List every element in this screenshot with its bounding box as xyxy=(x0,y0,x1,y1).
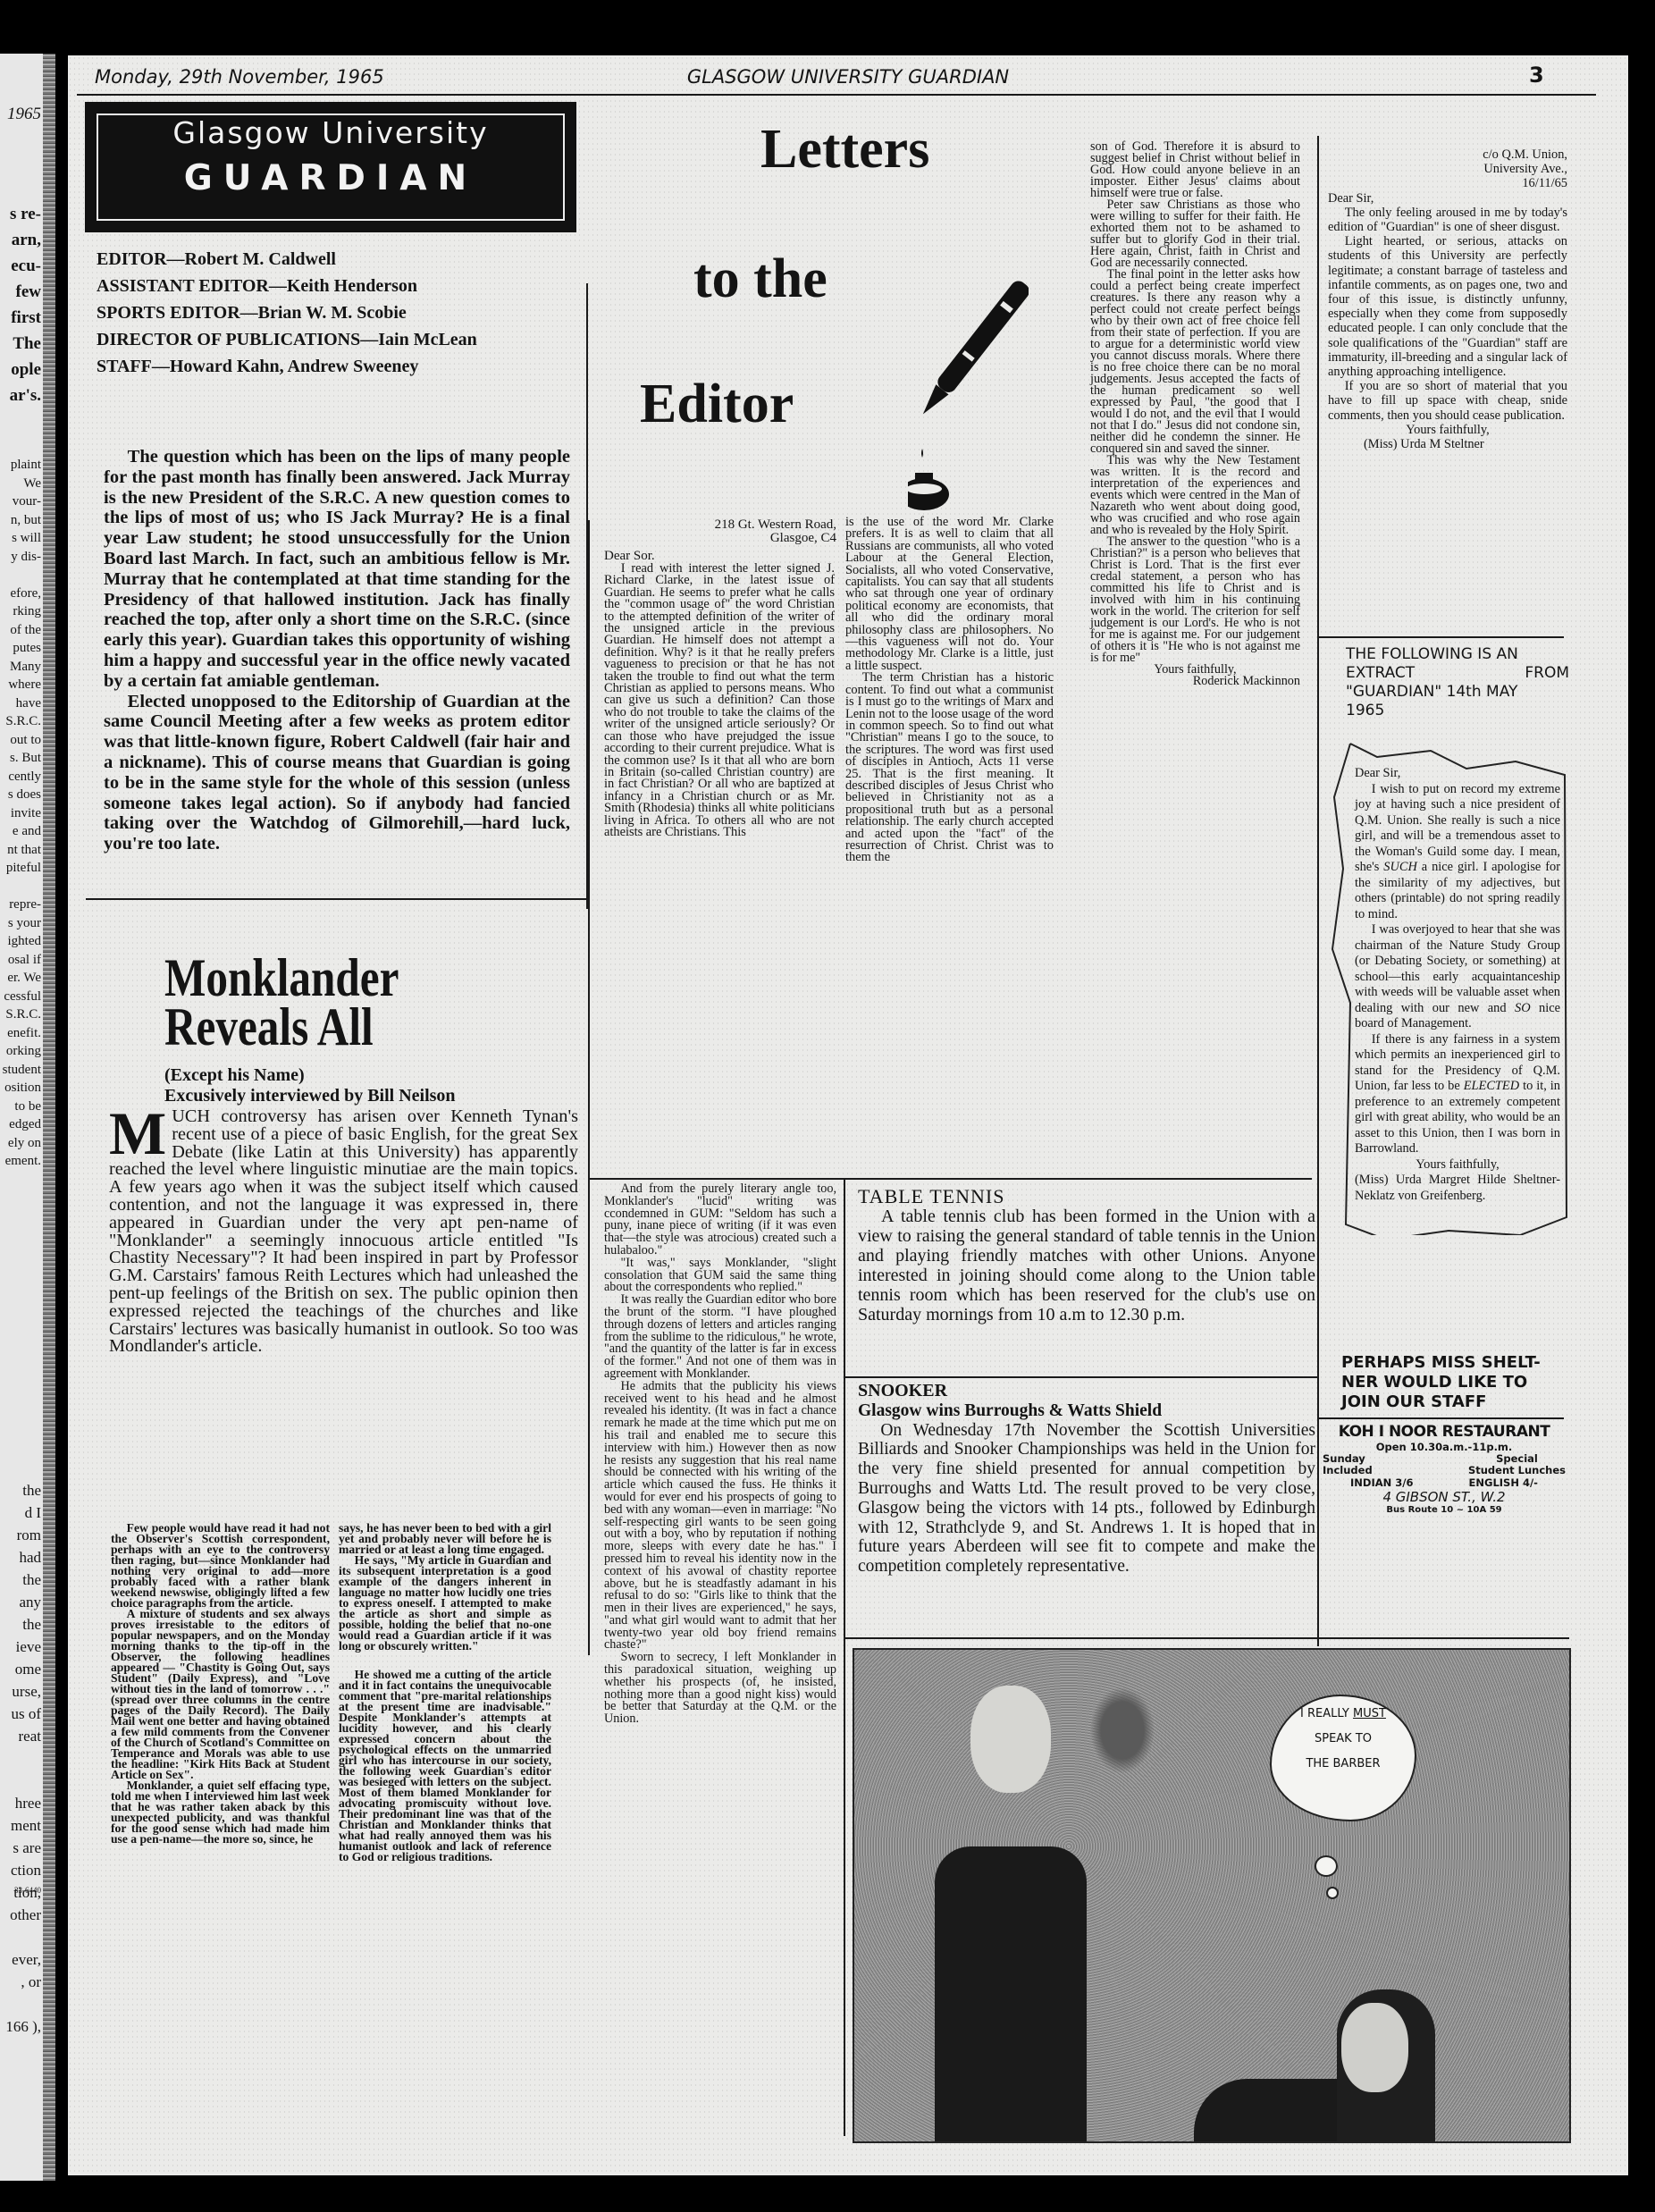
snooker-heading: SNOOKER xyxy=(858,1382,1315,1401)
pen-inkwell-icon xyxy=(908,274,1029,520)
masthead: Glasgow University GUARDIAN xyxy=(85,102,576,232)
letters-heading-line2: to the xyxy=(693,248,827,311)
column-rule xyxy=(1317,136,1319,1646)
staff-assistant-editor: ASSISTANT EDITOR—Keith Henderson xyxy=(97,273,597,299)
section-rule xyxy=(86,898,588,900)
thought-bubble-dot xyxy=(1326,1887,1339,1899)
seated-man-face xyxy=(1341,2003,1408,2092)
prev-page-code: 33-6440 xyxy=(14,1881,41,1900)
advert-address: 4 GIBSON ST., W.2 xyxy=(1323,1489,1566,1505)
drop-cap: M xyxy=(109,1110,166,1156)
letter1-col3: son of God. Therefore it is absurd to su… xyxy=(1090,141,1300,687)
letter2-signature: (Miss) Urda M Steltner xyxy=(1328,437,1567,451)
table-tennis-article: TABLE TENNIS A table tennis club has bee… xyxy=(858,1187,1315,1325)
prev-page-text-b: plaint We vour- n, but s will y dis- efo… xyxy=(3,456,41,1171)
newspaper-page: Monday, 29th November, 1965 GLASGOW UNIV… xyxy=(68,55,1628,2175)
masthead-line1: Glasgow University xyxy=(88,115,574,150)
prev-page-text-c: the d I rom had the any the ieve ome urs… xyxy=(5,1479,41,2038)
section-rule xyxy=(844,1376,1317,1378)
snooker-article: SNOOKER Glasgow wins Burroughs & Watts S… xyxy=(858,1382,1315,1577)
page-gutter xyxy=(43,54,55,2181)
letters-heading-line1: Letters xyxy=(760,118,929,181)
thought-bubble-dot xyxy=(1315,1855,1338,1877)
section-rule xyxy=(844,1637,1569,1639)
prev-page-year: 1965 xyxy=(7,105,41,124)
header-rule xyxy=(77,94,1596,96)
column-rule xyxy=(588,520,590,1655)
letter1-address: 218 Gt. Western Road, Glasgoe, C4 xyxy=(604,518,836,544)
staff-sports-editor: SPORTS EDITOR—Brian W. M. Scobie xyxy=(97,299,597,326)
letter1-col2: is the use of the word Mr. Clarke prefer… xyxy=(845,517,1054,864)
monklander-col1: Few people would have read it had not th… xyxy=(111,1523,330,1845)
extract-signature: (Miss) Urda Margret Hilde Sheltner-Nekla… xyxy=(1355,1173,1560,1204)
staff-members: STAFF—Howard Kahn, Andrew Sweeney xyxy=(97,353,597,380)
thought-bubble: I REALLY MUST SPEAK TO THE BARBER xyxy=(1270,1695,1416,1821)
letter2: c/o Q.M. Union, University Ave., 16/11/6… xyxy=(1328,147,1567,451)
monklander-subhead: (Except his Name) xyxy=(164,1065,305,1086)
section-rule xyxy=(588,1178,1312,1180)
column-rule xyxy=(844,1180,845,2136)
staff-invite-note: PERHAPS MISS SHELT- NER WOULD LIKE TO JO… xyxy=(1341,1353,1569,1412)
editorial-paragraph: Elected unopposed to the Editorship of G… xyxy=(104,692,570,854)
photo-two-men: I REALLY MUST SPEAK TO THE BARBER xyxy=(853,1648,1571,2143)
page-number: 3 xyxy=(1529,63,1544,88)
snooker-subheading: Glasgow wins Burroughs & Watts Shield xyxy=(858,1401,1315,1421)
table-tennis-heading: TABLE TENNIS xyxy=(858,1187,1315,1207)
monklander-col2: says, he has never been to bed with a gi… xyxy=(339,1523,551,1863)
editorial-paragraph: The question which has been on the lips … xyxy=(104,447,570,692)
staff-list: EDITOR—Robert M. Caldwell ASSISTANT EDIT… xyxy=(97,246,597,380)
extract-heading: THE FOLLOWING IS AN EXTRACTFROM "GUARDIA… xyxy=(1346,645,1569,720)
editorial-article: The question which has been on the lips … xyxy=(104,447,570,854)
extract-letter: Dear Sir, I wish to put on record my ext… xyxy=(1355,766,1560,1204)
masthead-line2: GUARDIAN xyxy=(88,158,574,198)
letter1-signature: Roderick Mackinnon xyxy=(1090,676,1300,687)
staff-editor: EDITOR—Robert M. Caldwell xyxy=(97,246,597,273)
monklander-headline: Monklander Reveals All xyxy=(164,954,399,1052)
letter2-salutation: Dear Sir, xyxy=(1328,191,1567,206)
monklander-col3: And from the purely literary angle too, … xyxy=(604,1183,836,1726)
letter1-col1: I read with interest the letter signed J… xyxy=(604,563,835,838)
section-rule xyxy=(1319,636,1564,638)
staff-director-publications: DIRECTOR OF PUBLICATIONS—Iain McLean xyxy=(97,326,597,353)
standing-man-face xyxy=(970,1686,1051,1793)
monklander-byline: Excusively interviewed by Bill Neilson xyxy=(164,1086,456,1106)
section-rule xyxy=(1319,1417,1564,1419)
prev-page-text-a: s re- arn, ecu- few first The ople ar's. xyxy=(10,201,41,408)
restaurant-advert: KOH I NOOR RESTAURANT Open 10.30a.m.-11p… xyxy=(1323,1423,1566,1515)
letters-heading-line3: Editor xyxy=(640,373,794,436)
previous-page-fragment: 1965 s re- arn, ecu- few first The ople … xyxy=(0,54,55,2181)
standing-man xyxy=(935,1846,1087,2143)
monklander-lead: MUCH controversy has arisen over Kenneth… xyxy=(109,1108,578,1356)
advert-name: KOH I NOOR RESTAURANT xyxy=(1323,1423,1566,1441)
running-title: GLASGOW UNIVERSITY GUARDIAN xyxy=(68,66,1628,88)
